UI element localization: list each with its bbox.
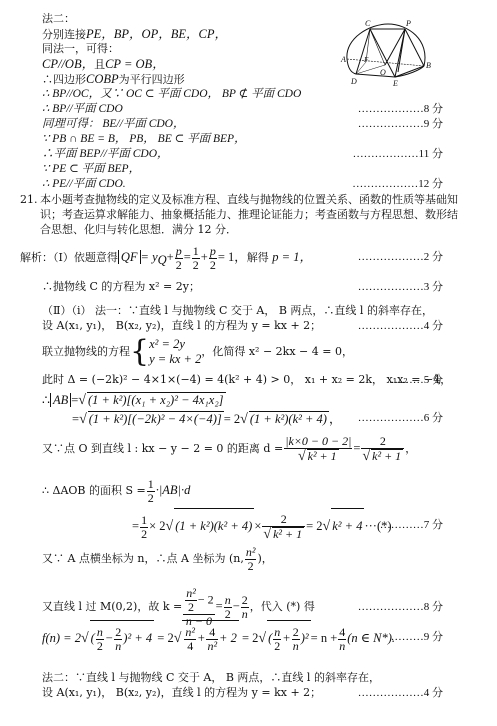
ab-line-2: =√(1 + k²)[(−2k)² − 4×(−4)]= 2√(1 + k²)(…: [72, 411, 342, 427]
cp-ob-line: CP//OB，且CP = OB，: [42, 57, 165, 72]
be-plane-line: 同理可得： BE//平面 CDO，: [42, 117, 184, 131]
area-line-1: ∴ ΔAOB 的面积 S =12·|AB|·d: [42, 475, 190, 506]
label-O: O: [380, 68, 386, 77]
method2-head: 法二：∵直线 l 与抛物线 C 交于 A， B 两点，∴直线 l 的斜率存在，: [42, 671, 380, 685]
pe-subset-line: ∵ PE ⊂ 平面 BEP，: [42, 162, 140, 176]
score-7: …………7 分: [380, 518, 443, 532]
score-6: ………………6 分: [358, 411, 443, 425]
score-11: ………………11 分: [353, 147, 443, 161]
part1-line: 解析：（Ⅰ）依题意得QF= yQ+p2=12+p2= 1，解得 p = 1，: [20, 242, 312, 275]
parallelogram-line: ∴四边形COBP为平行四边形: [42, 72, 185, 87]
geometry-diagram: C P A B D E F O: [336, 10, 436, 88]
label-P: P: [405, 19, 411, 28]
q21-intro-2: 识；考查运算求解能力、抽象概括能力、推理论证能力；考查函数与方程思想、数形结: [40, 208, 458, 222]
score-9: ………………9 分: [358, 117, 443, 131]
area-line-2: =12× 2√(1 + k²)(k² + 4)×2√k² + 1= 2√k² +…: [132, 508, 392, 544]
q21-intro-1: 本小题考查抛物线的定义及标准方程、直线与抛物线的位置关系、函数的性质等基础知: [40, 193, 458, 207]
part2-head: （Ⅱ）（i） 法一：∵直线 l 与抛物线 C 交于 A， B 两点，∴直线 l …: [42, 304, 433, 318]
plane-parallel-line: ∴平面 BEP//平面 CDO，: [42, 147, 169, 161]
connect-line: 分别连接PE，BP，OP，BE，CP，: [42, 27, 227, 42]
bp-oc-line: ∴ BP//OC，又∵ OC ⊂ 平面 CDO， BP ⊄ 平面 CDO: [42, 87, 301, 101]
ab-line-1: ∴AB=√(1 + k²)[(x₁ + x₂)² − 4x₁x₂]: [42, 392, 226, 408]
score-4b: ………………4 分: [358, 686, 443, 700]
method2-title: 法二：: [42, 12, 75, 26]
q21-number: 21.: [20, 193, 38, 207]
label-D: D: [350, 77, 357, 86]
bp-plane-line: ∴ BP//平面 CDO: [42, 102, 123, 116]
score-8b: ………………8 分: [358, 600, 443, 614]
same-method-line: 同法一，可得：: [42, 42, 119, 56]
parabola-equation-line: ∴抛物线 C 的方程为 x² = 2y；: [42, 280, 200, 294]
label-A: A: [340, 55, 346, 64]
score-2: ………………2 分: [358, 250, 443, 264]
a-coordinate-line: 又∵ A 点横坐标为 n，∴点 A 坐标为 (n,n²2)，: [42, 544, 273, 574]
score-9b: ………9 分: [391, 630, 443, 644]
label-C: C: [365, 19, 371, 28]
pe-parallel-line: ∴ PE//平面 CDO.: [42, 177, 126, 191]
system-line: 联立抛物线的方程{x² = 2yy = kx + 2，化简得 x² − 2kx …: [42, 336, 353, 368]
q21-intro-3: 合思想、化归与转化思想．满分 12 分．: [40, 223, 237, 237]
score-12: ………………12 分: [352, 177, 443, 191]
score-5: ………5 分: [391, 373, 443, 387]
part2-set: 设 A(x₁, y₁)， B(x₂, y₂)，直线 l 的方程为 y = kx …: [42, 319, 321, 333]
score-3: ………………3 分: [358, 280, 443, 294]
pb-be-line: ∵ PB ∩ BE = B， PB， BE ⊂ 平面 BEP，: [42, 132, 246, 146]
fn-line: f(n) = 2√(n2−2n)² + 4 = 2√n²4+4n²+ 2 = 2…: [42, 620, 395, 656]
distance-line: 又∵点 O 到直线 l : kx − y − 2 = 0 的距离 d =|k×0…: [42, 431, 416, 466]
score-4a: ………………4 分: [358, 319, 443, 333]
label-F: F: [363, 56, 369, 64]
label-B: B: [426, 61, 431, 70]
score-8: ………………8 分: [358, 102, 443, 116]
method2-set: 设 A(x₁, y₁)， B(x₂, y₂)，直线 l 的方程为 y = kx …: [42, 686, 321, 700]
label-E: E: [392, 79, 398, 88]
